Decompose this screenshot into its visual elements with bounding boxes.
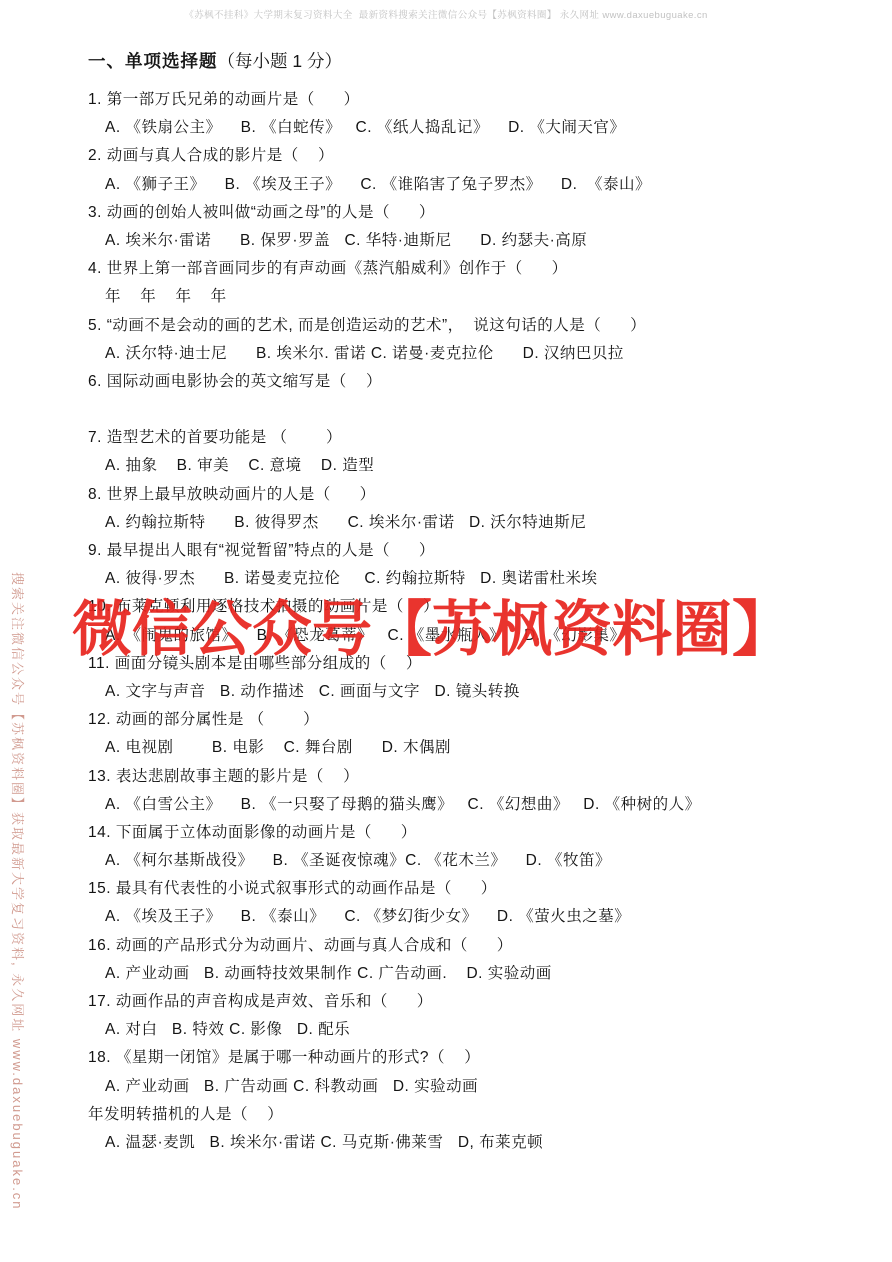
blank-line <box>88 396 862 424</box>
top-watermark-header: 《苏枫不挂科》大学期末复习资料大全 最新资料搜索关注微信公众号【苏枫资料圈】 永… <box>0 7 892 21</box>
question-line: 年发明转描机的人是（ ） <box>88 1101 862 1129</box>
question-line: 5. “动画不是会动的画的艺术, 而是创造运动的艺术”， 说这句话的人是（ ） <box>88 312 862 340</box>
section-title: 一、单项选择题（每小题 1 分） <box>88 50 862 72</box>
options-line: A. 约翰拉斯特 B. 彼得罗杰 C. 埃米尔·雷诺 D. 沃尔特迪斯尼 <box>88 509 862 537</box>
options-line: A. 抽象 B. 审美 C. 意境 D. 造型 <box>88 452 862 480</box>
question-line: 12. 动画的部分属性是 （ ） <box>88 706 862 734</box>
question-line: 1. 第一部万氏兄弟的动画片是（ ） <box>88 86 862 114</box>
options-line: A. 《柯尔基斯战役》 B. 《圣诞夜惊魂》C. 《花木兰》 D. 《牧笛》 <box>88 847 862 875</box>
question-line: 8. 世界上最早放映动画片的人是（ ） <box>88 481 862 509</box>
question-line: 17. 动画作品的声音构成是声效、音乐和（ ） <box>88 988 862 1016</box>
exam-document-page: 《苏枫不挂科》大学期末复习资料大全 最新资料搜索关注微信公众号【苏枫资料圈】 永… <box>0 0 892 1262</box>
section-title-note: （每小题 1 分） <box>218 51 342 71</box>
question-line: 3. 动画的创始人被叫做“动画之母”的人是（ ） <box>88 199 862 227</box>
options-line: A. 温瑟·麦凯 B. 埃米尔·雷诺 C. 马克斯·佛莱雪 D, 布莱克顿 <box>88 1129 862 1157</box>
question-line: 14. 下面属于立体动面影像的动画片是（ ） <box>88 819 862 847</box>
center-red-watermark: 微信公众号【苏枫资料圈】 <box>72 582 792 668</box>
options-line: A. 《白雪公主》 B. 《一只娶了母鹅的猫头鹰》 C. 《幻想曲》 D. 《种… <box>88 791 862 819</box>
question-line: 4. 世界上第一部音画同步的有声动画《蒸汽船威利》创作于（ ） <box>88 255 862 283</box>
options-line: A. 文字与声音 B. 动作描述 C. 画面与文字 D. 镜头转换 <box>88 678 862 706</box>
options-line: A. 《狮子王》 B. 《埃及王子》 C. 《谁陷害了兔子罗杰》 D. 《泰山》 <box>88 171 862 199</box>
options-line: A. 《埃及王子》 B. 《泰山》 C. 《梦幻街少女》 D. 《萤火虫之墓》 <box>88 903 862 931</box>
question-line: 7. 造型艺术的首要功能是 （ ） <box>88 424 862 452</box>
options-line: A. 产业动画 B. 广告动画 C. 科教动画 D. 实验动画 <box>88 1073 862 1101</box>
question-line: 13. 表达悲剧故事主题的影片是（ ） <box>88 763 862 791</box>
question-line: 6. 国际动画电影协会的英文缩写是（ ） <box>88 368 862 396</box>
question-line: 15. 最具有代表性的小说式叙事形式的动画作品是（ ） <box>88 875 862 903</box>
options-line: A. 对白 B. 特效 C. 影像 D. 配乐 <box>88 1016 862 1044</box>
options-line: A. 沃尔特·迪士尼 B. 埃米尔. 雷诺 C. 诺曼·麦克拉伦 D. 汉纳巴贝… <box>88 340 862 368</box>
section-title-main: 一、单项选择题 <box>88 51 218 71</box>
options-line: A. 电视剧 B. 电影 C. 舞台剧 D. 木偶剧 <box>88 734 862 762</box>
options-line: 年 年 年 年 <box>88 283 862 311</box>
question-line: 18. 《星期一闭馆》是属于哪一种动画片的形式?（ ） <box>88 1044 862 1072</box>
question-line: 9. 最早提出人眼有“视觉暂留”特点的人是（ ） <box>88 537 862 565</box>
options-line: A. 埃米尔·雷诺 B. 保罗·罗盖 C. 华特·迪斯尼 D. 约瑟夫·高原 <box>88 227 862 255</box>
question-line: 2. 动画与真人合成的影片是（ ） <box>88 142 862 170</box>
options-line: A. 《铁扇公主》 B. 《白蛇传》 C. 《纸人捣乱记》 D. 《大闹天官》 <box>88 114 862 142</box>
question-line: 16. 动画的产品形式分为动画片、动画与真人合成和（ ） <box>88 932 862 960</box>
options-line: A. 产业动画 B. 动画特技效果制作 C. 广告动画. D. 实验动画 <box>88 960 862 988</box>
left-vertical-watermark: 搜索关注微信公众号【苏枫资料圈】获取最新大学复习资料, 永久网址 www.dax… <box>9 572 28 1211</box>
